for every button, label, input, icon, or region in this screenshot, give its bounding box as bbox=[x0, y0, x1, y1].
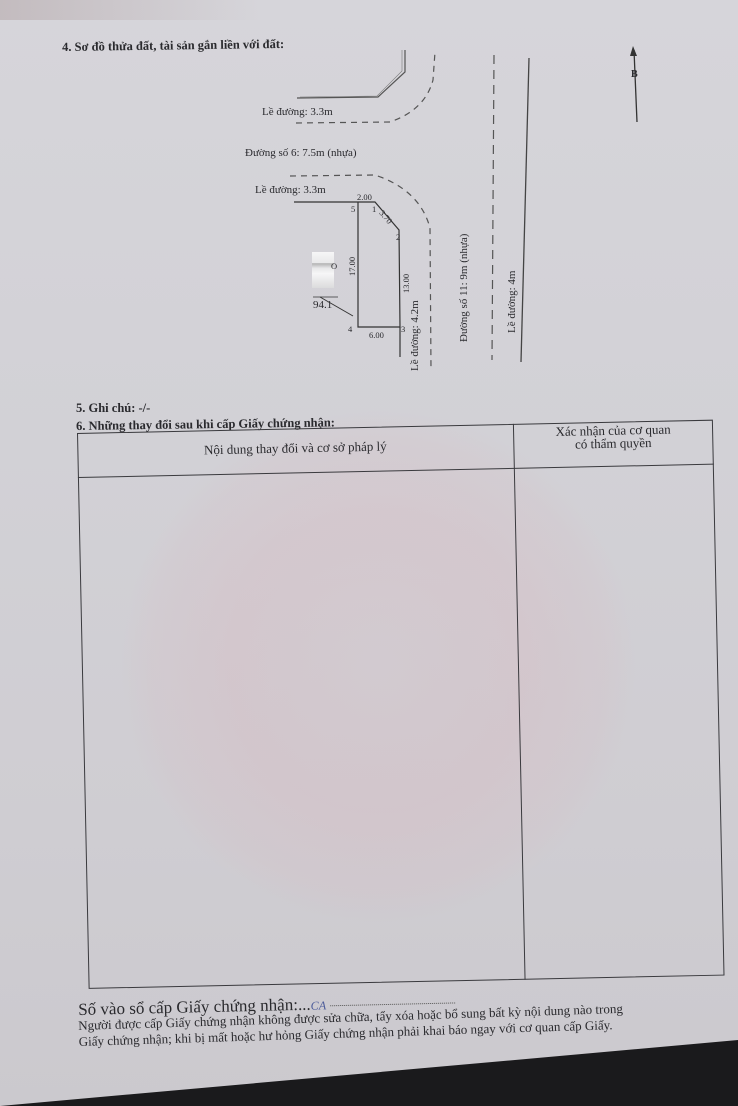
parcel-symbol: O bbox=[331, 261, 337, 271]
road-6-label: Đường số 6: 7.5m (nhựa) bbox=[245, 147, 357, 159]
dim-bottom: 6.00 bbox=[369, 330, 384, 340]
table-border bbox=[77, 420, 725, 989]
vertex-3: 3 bbox=[401, 324, 405, 334]
sidewalk-label-top: Lề đường: 3.3m bbox=[262, 106, 333, 118]
vertex-1: 1 bbox=[372, 204, 376, 214]
vertex-2: 2 bbox=[396, 232, 400, 242]
parcel-area: 94.1 bbox=[313, 299, 332, 311]
column-header-authority-confirmation: Xác nhận của cơ quan có thẩm quyền bbox=[513, 422, 714, 452]
road-11-label: Đường số 11: 9m (nhựa) bbox=[458, 234, 470, 342]
section-5-title: 5. Ghi chú: -/- bbox=[76, 401, 150, 416]
vertex-4: 4 bbox=[348, 324, 352, 334]
changes-table: Nội dung thay đổi và cơ sở pháp lý Xác n… bbox=[77, 420, 725, 989]
dim-right: 13.00 bbox=[401, 274, 411, 293]
north-arrow-icon bbox=[630, 46, 637, 122]
certificate-page: 4. Sơ đồ thửa đất, tài sản gắn liền với … bbox=[0, 0, 738, 1106]
sidewalk-label-left: Lề đường: 3.3m bbox=[255, 184, 326, 196]
north-label: B bbox=[631, 69, 638, 80]
dim-top: 2.00 bbox=[357, 192, 372, 202]
dim-left: 17.00 bbox=[347, 257, 357, 276]
sidewalk-label-right-parcel: Lề đường: 4.2m bbox=[409, 300, 421, 371]
registry-dots bbox=[330, 1002, 455, 1006]
sidewalk-label-far-right: Lề đường: 4m bbox=[506, 271, 518, 334]
vertex-5: 5 bbox=[351, 204, 355, 214]
